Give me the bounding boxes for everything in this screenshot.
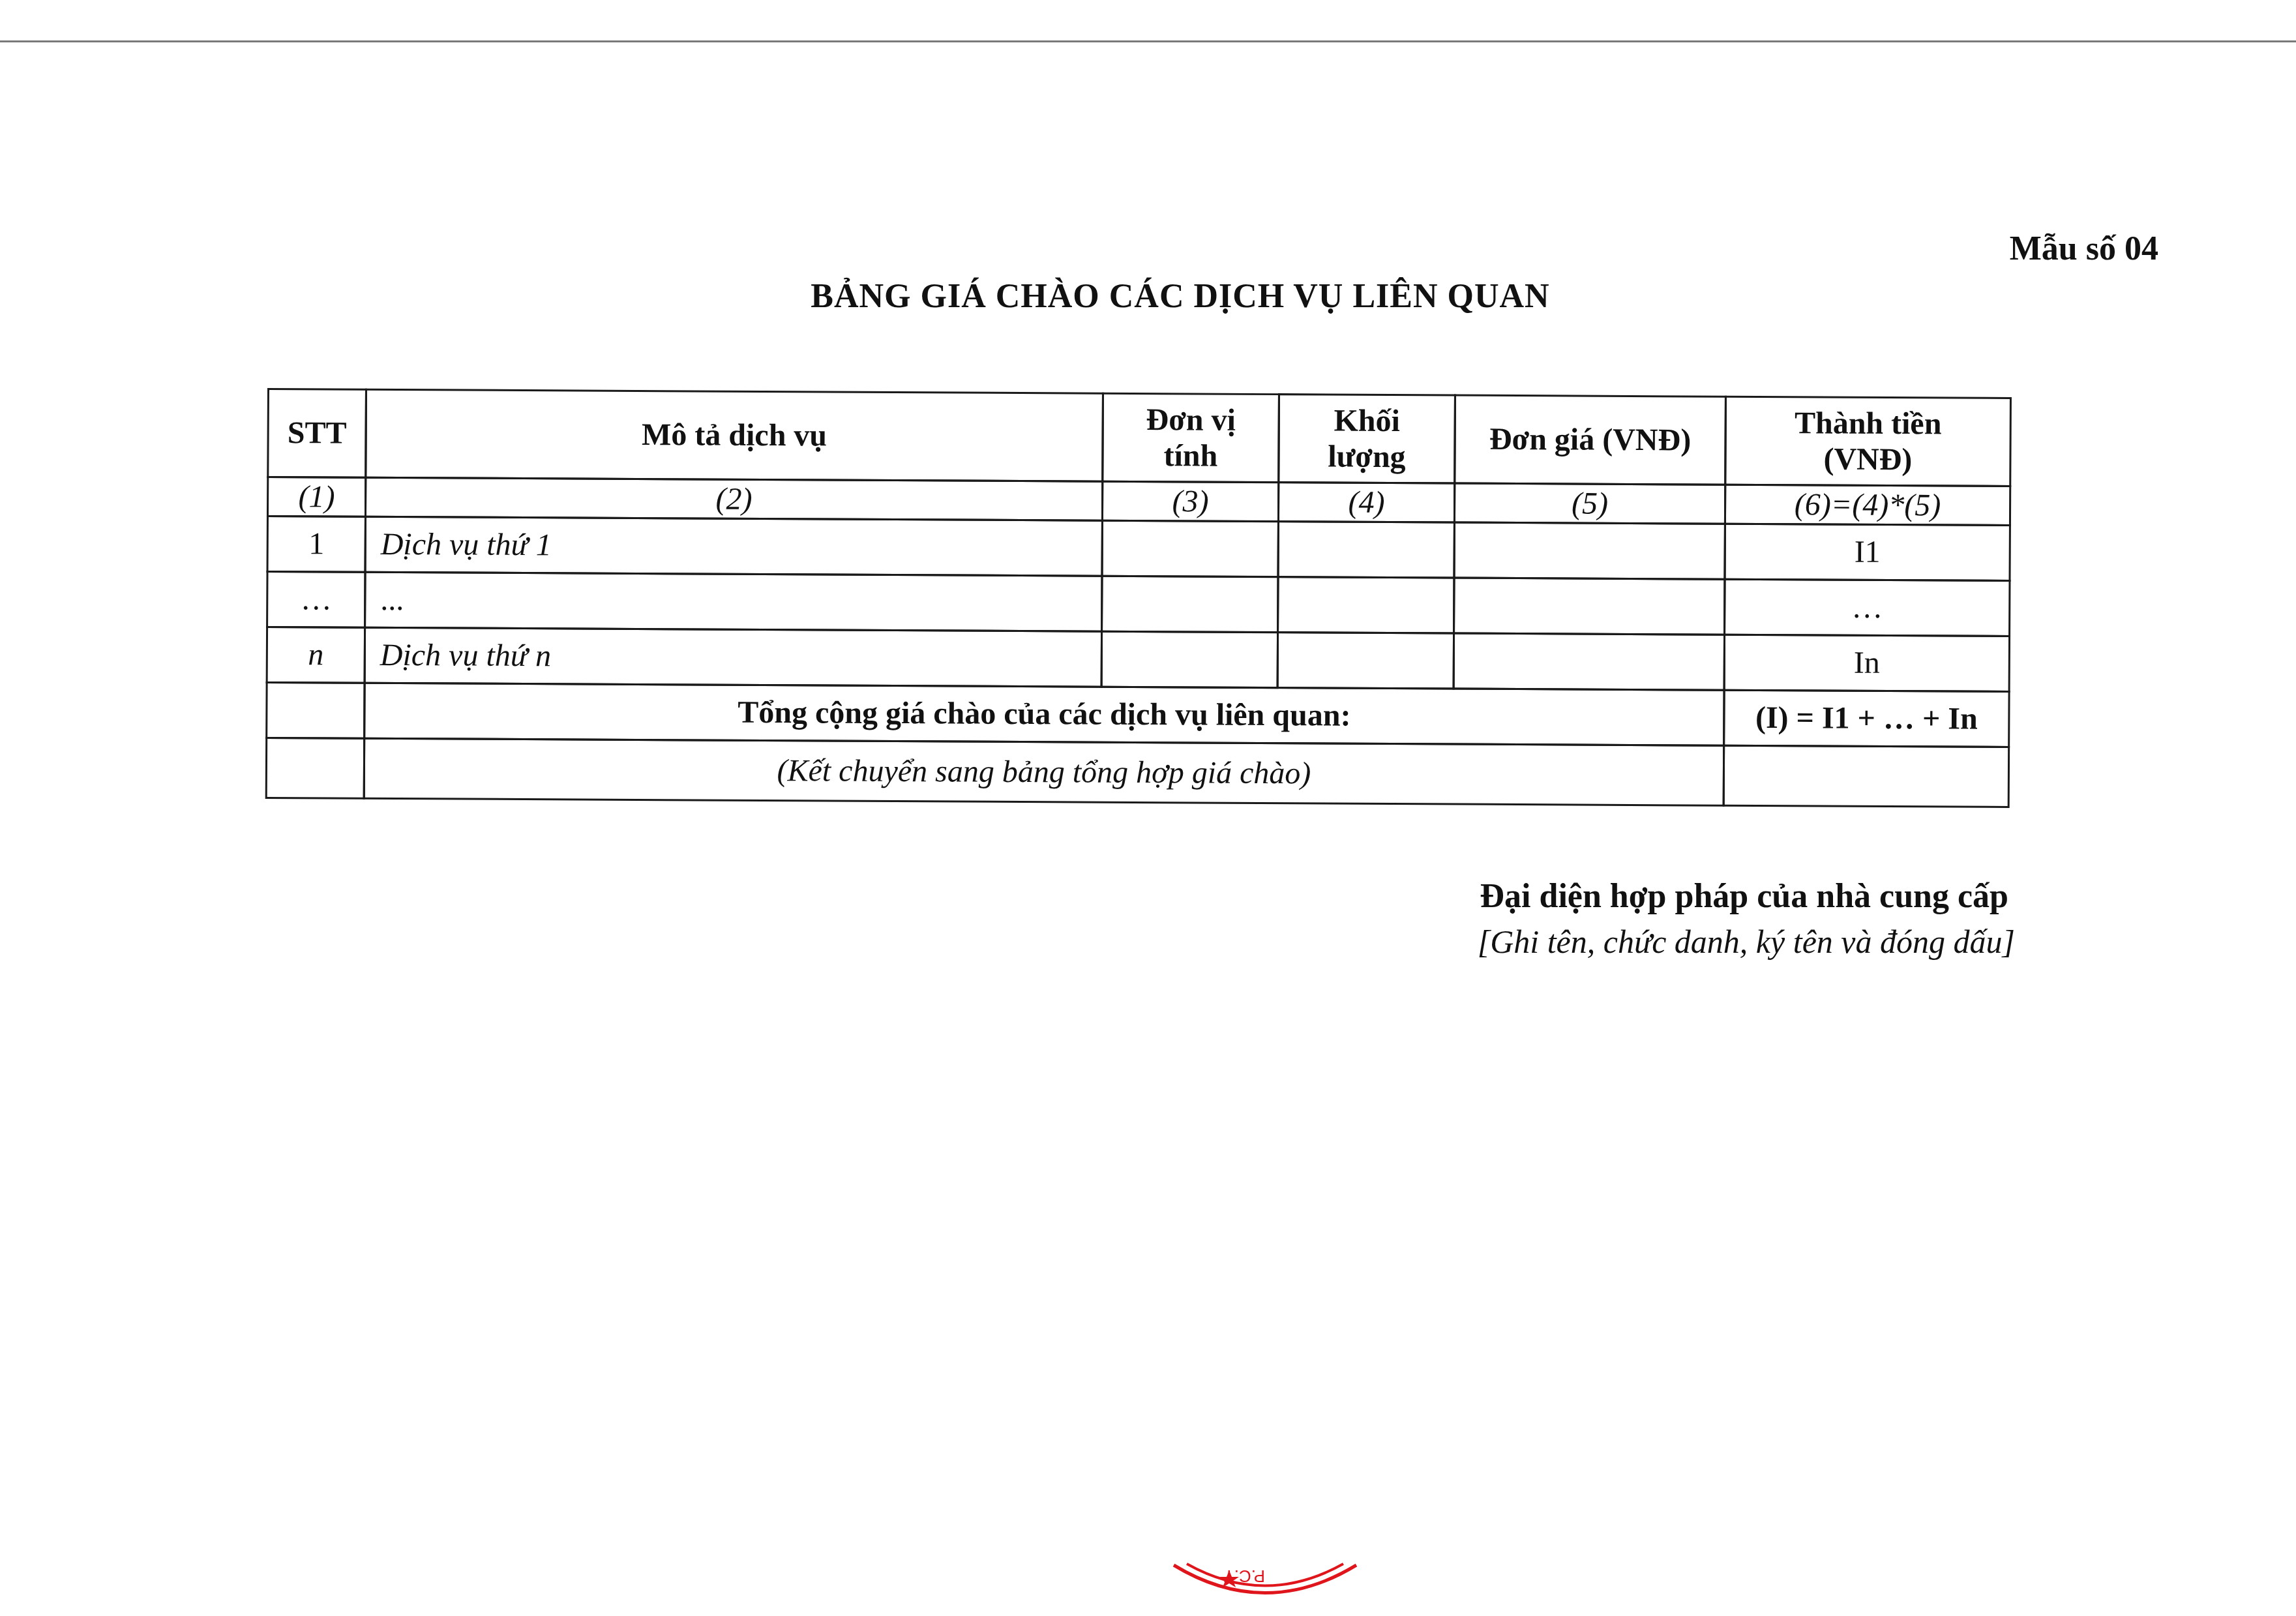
header-amount: Thành tiền (VNĐ): [1724, 396, 2012, 487]
page-top-rule: [0, 40, 2296, 42]
total-value: (I) = I1 + … + In: [1723, 689, 2010, 748]
colnum-3: (3): [1101, 481, 1279, 522]
row2-amount: …: [1723, 578, 2010, 637]
header-unit: Đơn vị tính: [1101, 393, 1280, 483]
price-table: STT Mô tả dịch vụ Đơn vị tính Khối lượng…: [265, 388, 2012, 808]
total-label: Tổng cộng giá chào của các dịch vụ liên …: [363, 682, 1725, 747]
row1-unit-price: [1453, 522, 1725, 580]
row2-unit-price: [1453, 577, 1725, 636]
rown-stt: n: [266, 626, 366, 684]
header-description: Mô tả dịch vụ: [365, 389, 1104, 483]
colnum-5: (5): [1454, 483, 1726, 525]
row2-stt: …: [266, 571, 366, 629]
colnum-2: (2): [365, 477, 1103, 522]
carry-forward-note: (Kết chuyển sang bảng tổng hợp giá chào): [363, 738, 1725, 807]
row2-description: ...: [364, 571, 1103, 633]
row1-quantity: [1277, 520, 1455, 578]
header-stt: STT: [267, 388, 367, 479]
total-stt-empty: [265, 681, 365, 740]
svg-text:P.C.T: P.C.T: [1224, 1566, 1265, 1586]
carry-stt-empty: [265, 737, 365, 800]
signature-title: Đại diện hợp pháp của nhà cung cấp: [1369, 877, 2008, 916]
form-number: Mẫu số 04: [1995, 230, 2158, 268]
rown-amount: In: [1723, 634, 2010, 693]
row2-quantity: [1277, 576, 1455, 634]
row1-stt: 1: [267, 515, 366, 573]
signature-instruction: [Ghi tên, chức danh, ký tên và đóng dấu]: [1369, 923, 2015, 961]
red-seal-stamp-icon: P.C.T: [1167, 1559, 1363, 1604]
rown-quantity: [1277, 631, 1455, 689]
row1-description: Dịch vụ thứ 1: [365, 516, 1103, 577]
carry-forward-empty: [1723, 745, 2010, 808]
header-quantity: Khối lượng: [1277, 393, 1456, 484]
colnum-4: (4): [1277, 481, 1455, 523]
row2-unit: [1101, 575, 1279, 633]
rown-description: Dịch vụ thứ n: [364, 627, 1103, 688]
rown-unit-price: [1453, 633, 1725, 691]
row1-unit: [1101, 520, 1279, 578]
row1-amount: I1: [1723, 523, 2010, 582]
colnum-6: (6)=(4)*(5): [1724, 484, 2011, 526]
document-title: BẢNG GIÁ CHÀO CÁC DỊCH VỤ LIÊN QUAN: [652, 277, 1708, 316]
rown-unit: [1101, 631, 1279, 689]
header-unit-price: Đơn giá (VNĐ): [1454, 395, 1727, 486]
colnum-1: (1): [267, 476, 366, 518]
